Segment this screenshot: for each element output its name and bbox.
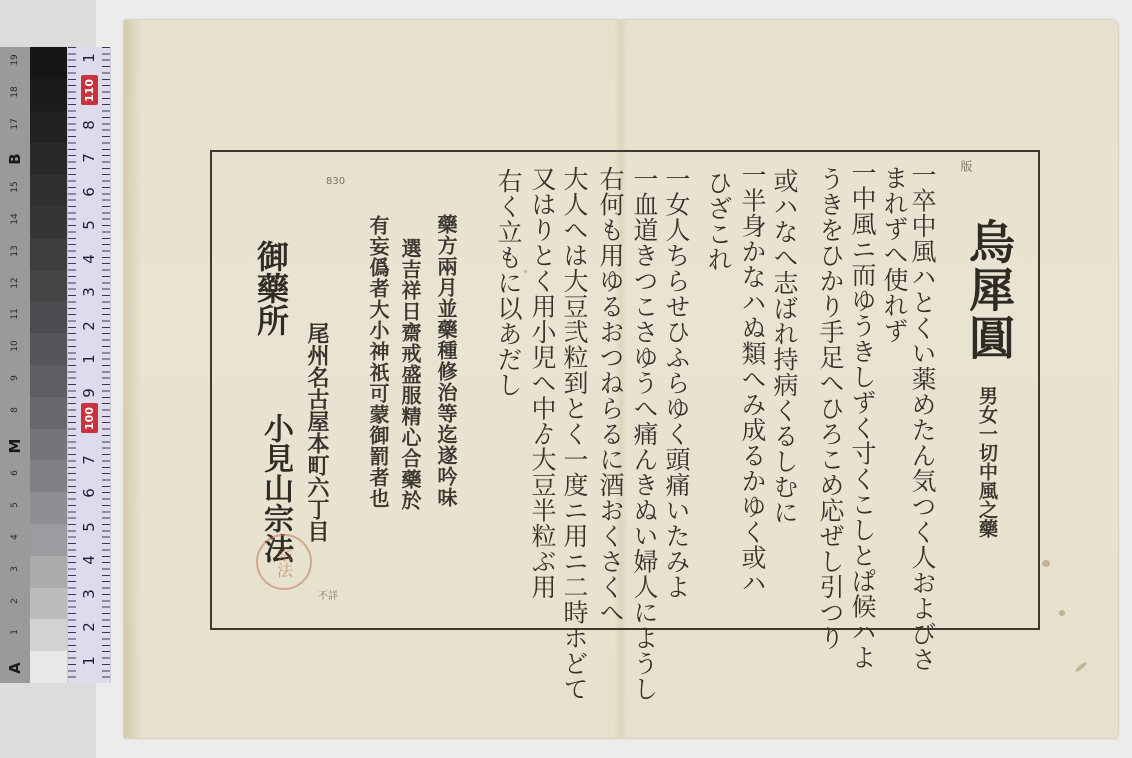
- grayscale-label: 5: [10, 492, 20, 518]
- gray-patch: [30, 365, 67, 397]
- grayscale-label: 15: [10, 174, 20, 200]
- ruler-badge-label: 110: [83, 79, 96, 102]
- gray-patch: [30, 492, 67, 524]
- ruler-number: 4: [80, 249, 98, 269]
- shop-address: 尾州名古屋本町六丁目: [302, 322, 333, 542]
- body-text-column: まれずへ使れず: [882, 165, 907, 344]
- grayscale-label: 18: [10, 79, 20, 105]
- gray-patch: [30, 397, 67, 429]
- guarantee-text-column: 選吉祥日齋戒盛服精心合藥於: [396, 238, 425, 511]
- gray-patch: [30, 619, 67, 651]
- grayscale-label: 14: [10, 206, 20, 232]
- body-text-column: 右何も用ゆるおつねらるに酒おくさくへ: [598, 166, 623, 625]
- gray-patch: [30, 429, 67, 461]
- paper-stain: [1042, 560, 1050, 567]
- ruler-number: 9: [80, 383, 98, 403]
- body-text-column: ひざこれ: [706, 170, 731, 272]
- body-text-column: 一中風ニ而ゆうきしずく寸くこしとぱ候ハよ: [850, 160, 875, 670]
- pencil-note-top: 830: [326, 176, 345, 187]
- publisher-mark: 版: [958, 160, 975, 172]
- ruler-number: 3: [80, 584, 98, 604]
- grayscale-label: 3: [10, 556, 20, 582]
- grayscale-patches: [30, 47, 67, 683]
- grayscale-label: 13: [10, 238, 20, 264]
- ruler-number: 2: [80, 316, 98, 336]
- grayscale-label: 10: [10, 333, 20, 359]
- grayscale-label: A: [6, 655, 24, 681]
- gray-patch: [30, 556, 67, 588]
- grayscale-label: 4: [10, 524, 20, 550]
- ruler-number: 5: [80, 215, 98, 235]
- gray-patch: [30, 588, 67, 620]
- shop-label: 御藥所: [248, 240, 294, 336]
- ruler-number: 6: [80, 182, 98, 202]
- ruler-badge: 110: [81, 75, 98, 105]
- ruler-number: 2: [80, 617, 98, 637]
- gray-patch: [30, 142, 67, 174]
- ruler-number: 3: [80, 282, 98, 302]
- body-text-column: 或ハなへ志ばれ持病くるしむに: [772, 168, 797, 525]
- guarantee-text-column: 有妄僞者大小神祇可蒙御罰者也: [364, 215, 393, 509]
- grayscale-label: 9: [10, 365, 20, 391]
- gray-patch: [30, 174, 67, 206]
- gray-patch: [30, 47, 67, 79]
- gray-patch: [30, 301, 67, 333]
- ruler-number: 1: [80, 349, 98, 369]
- paper-stain: [1059, 610, 1065, 616]
- gray-patch: [30, 111, 67, 143]
- ruler-number: 8: [80, 115, 98, 135]
- grayscale-label: 12: [10, 270, 20, 296]
- ruler-number: 1: [80, 651, 98, 671]
- guarantee-text-column: 藥方兩月並藥種修治等迄遂吟味: [432, 214, 461, 508]
- gray-patch: [30, 333, 67, 365]
- ruler-badge-label: 100: [83, 407, 96, 430]
- product-title: 烏犀圓: [956, 218, 1022, 362]
- grayscale-label: 2: [10, 588, 20, 614]
- body-text-column: 又はりとく用小児へ中ゟ大豆半粒ぶ用: [530, 166, 555, 600]
- gray-patch: [30, 270, 67, 302]
- gray-patch: [30, 238, 67, 270]
- grayscale-label-strip: 191817B15141312111098M654321A: [0, 47, 30, 683]
- paper-stain: [1074, 661, 1087, 673]
- body-text-column: 一血道きつこさゆうへ痛んきぬい婦人にようし: [632, 166, 657, 702]
- ruler-number: 1: [80, 48, 98, 68]
- grayscale-label: 17: [10, 111, 20, 137]
- grayscale-label: 6: [10, 460, 20, 486]
- grayscale-label: 11: [10, 301, 20, 327]
- pencil-note-bottom: 不詳: [318, 587, 338, 602]
- grayscale-label: 1: [10, 619, 20, 645]
- measuring-ruler: 1987654321987654321110100: [67, 47, 111, 683]
- grayscale-label: 8: [10, 397, 20, 423]
- body-text-column: 大人へは大豆弐粒到とく一度ニ用ニ二時ホどて: [562, 166, 587, 702]
- body-text-column: うきをひかり手足へひろこめ応ぜし引つり: [818, 166, 843, 651]
- grayscale-label: 19: [10, 47, 20, 73]
- body-text-column: 一半身かなハぬ類へみ成るかゆく或ハ: [740, 162, 765, 596]
- red-seal-stamp: 宗法: [256, 534, 312, 590]
- gray-patch: [30, 79, 67, 111]
- product-subtitle: 男女一切中風之藥: [974, 386, 1001, 538]
- body-text-column: 右く立もに以あだし: [496, 168, 521, 398]
- gray-patch: [30, 524, 67, 556]
- ruler-badge: 100: [81, 403, 98, 433]
- ruler-number: 6: [80, 483, 98, 503]
- grayscale-label: M: [6, 433, 24, 459]
- body-text-column: 一卒中風ハとくい薬めたん気つく人およびさ: [910, 162, 935, 672]
- body-text-column: 一女人ちらせひふらゆく頭痛いたみよ: [664, 166, 689, 600]
- gray-patch: [30, 206, 67, 238]
- ruler-ticks-right: [102, 47, 110, 683]
- ruler-number: 7: [80, 450, 98, 470]
- ruler-number: 7: [80, 148, 98, 168]
- ruler-number: 5: [80, 517, 98, 537]
- gray-patch: [30, 651, 67, 683]
- gray-patch: [30, 460, 67, 492]
- ruler-ticks-left: [68, 47, 76, 683]
- ruler-number: 4: [80, 550, 98, 570]
- grayscale-label: B: [6, 146, 24, 172]
